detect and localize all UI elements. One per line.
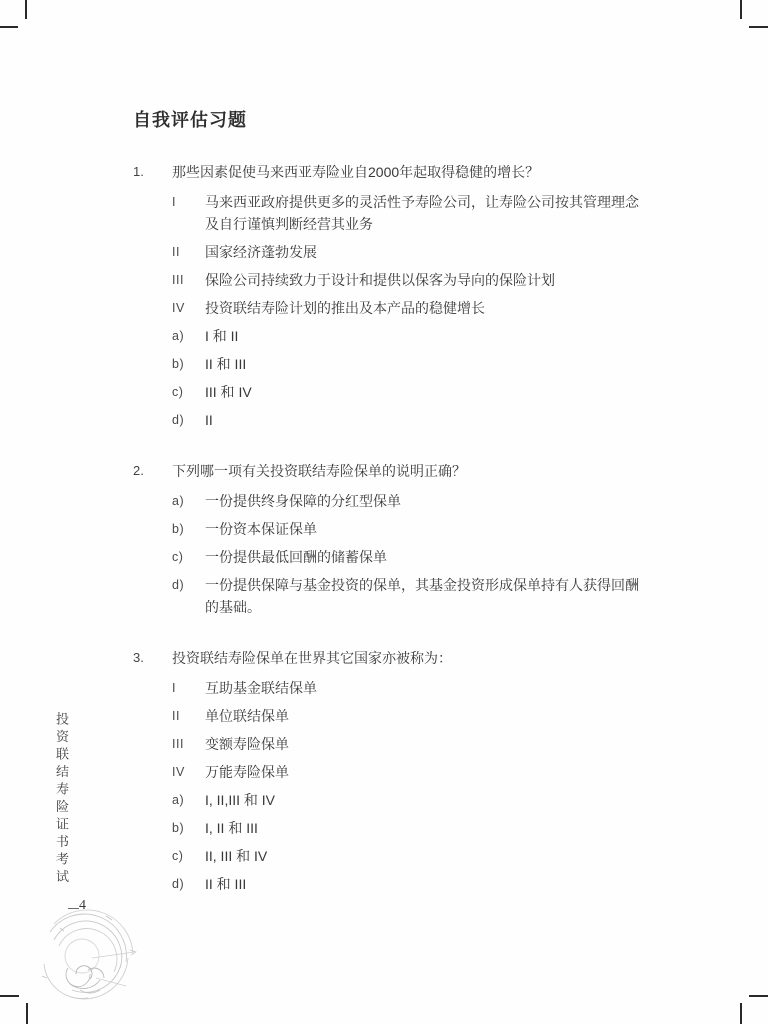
statement-text: 投资联结寿险计划的推出及本产品的稳健增长	[205, 297, 663, 319]
option-letter: b)	[172, 353, 205, 375]
crop-mark-bottom-right-icon	[740, 1003, 742, 1024]
option-row: a) I, II,III 和 IV	[172, 789, 663, 811]
option-text: 一份提供终身保障的分红型保单	[205, 490, 663, 512]
statement-row: I 互助基金联结保单	[172, 677, 663, 699]
statement-numeral: IV	[172, 297, 205, 319]
option-text: II 和 III	[205, 873, 663, 895]
question-number: 1.	[133, 161, 172, 183]
statement-text: 保险公司持续致力于设计和提供以保客为导向的保险计划	[205, 269, 663, 291]
statement-row: III 变额寿险保单	[172, 733, 663, 755]
option-text: I, II,III 和 IV	[205, 789, 663, 811]
option-text: 一份提供最低回酬的储蓄保单	[205, 546, 663, 568]
question-number: 2.	[133, 460, 172, 482]
question-number: 3.	[133, 647, 172, 669]
option-text: III 和 IV	[205, 381, 663, 403]
option-letter: d)	[172, 574, 205, 618]
statement-numeral: II	[172, 705, 205, 727]
question-1: 1. 那些因素促使马来西亚寿险业自2000年起取得稳健的增长？ I 马来西亚政府…	[133, 161, 663, 431]
option-letter: c)	[172, 845, 205, 867]
option-row: d) II 和 III	[172, 873, 663, 895]
option-text: II 和 III	[205, 353, 663, 375]
document-page: 自我评估习题 1. 那些因素促使马来西亚寿险业自2000年起取得稳健的增长？ I…	[0, 0, 768, 1024]
crop-mark-bottom-right-icon	[749, 995, 768, 997]
question-text: 那些因素促使马来西亚寿险业自2000年起取得稳健的增长？	[172, 161, 663, 183]
statement-numeral: I	[172, 677, 205, 699]
crop-mark-top-left-icon	[25, 0, 27, 19]
option-row: b) I, II 和 III	[172, 817, 663, 839]
question-text: 下列哪一项有关投资联结寿险保单的说明正确？	[172, 460, 663, 482]
option-text: II	[205, 409, 663, 431]
option-letter: a)	[172, 789, 205, 811]
option-row: c) 一份提供最低回酬的储蓄保单	[172, 546, 663, 568]
crop-mark-top-left-icon	[0, 26, 18, 28]
option-row: c) III 和 IV	[172, 381, 663, 403]
option-text: II, III 和 IV	[205, 845, 663, 867]
option-row: b) 一份资本保证保单	[172, 518, 663, 540]
statement-text: 单位联结保单	[205, 705, 663, 727]
spiral-watermark-graphic	[30, 898, 144, 1010]
statement-text: 万能寿险保单	[205, 761, 663, 783]
statement-text: 互助基金联结保单	[205, 677, 663, 699]
crop-mark-top-right-icon	[740, 0, 742, 19]
option-text: I, II 和 III	[205, 817, 663, 839]
crop-mark-top-right-icon	[749, 26, 768, 28]
option-row: c) II, III 和 IV	[172, 845, 663, 867]
statement-row: III 保险公司持续致力于设计和提供以保客为导向的保险计划	[172, 269, 663, 291]
option-letter: d)	[172, 409, 205, 431]
option-letter: c)	[172, 381, 205, 403]
statement-numeral: IV	[172, 761, 205, 783]
option-letter: a)	[172, 490, 205, 512]
option-letter: b)	[172, 817, 205, 839]
option-text: 一份提供保障与基金投资的保单，其基金投资形成保单持有人获得回酬的基础。	[205, 574, 647, 618]
option-letter: c)	[172, 546, 205, 568]
page-title: 自我评估习题	[133, 108, 663, 132]
option-letter: b)	[172, 518, 205, 540]
sidebar-vertical-book-title: 投资联结寿险证书考试	[52, 712, 71, 897]
question-text: 投资联结寿险保单在世界其它国家亦被称为：	[172, 647, 663, 669]
crop-mark-bottom-left-icon	[26, 1003, 28, 1024]
question-2: 2. 下列哪一项有关投资联结寿险保单的说明正确？ a) 一份提供终身保障的分红型…	[133, 460, 663, 618]
option-row: a) I 和 II	[172, 325, 663, 347]
option-text: I 和 II	[205, 325, 663, 347]
statement-row: IV 投资联结寿险计划的推出及本产品的稳健增长	[172, 297, 663, 319]
option-row: b) II 和 III	[172, 353, 663, 375]
statement-row: I 马来西亚政府提供更多的灵活性予寿险公司，让寿险公司按其管理理念及自行谨慎判断…	[172, 191, 663, 235]
option-letter: d)	[172, 873, 205, 895]
statement-row: II 单位联结保单	[172, 705, 663, 727]
statement-row: II 国家经济蓬勃发展	[172, 241, 663, 263]
crop-mark-bottom-left-icon	[0, 995, 19, 997]
statement-numeral: II	[172, 241, 205, 263]
statement-text: 国家经济蓬勃发展	[205, 241, 663, 263]
statement-text: 马来西亚政府提供更多的灵活性予寿险公司，让寿险公司按其管理理念及自行谨慎判断经营…	[205, 191, 647, 235]
statement-row: IV 万能寿险保单	[172, 761, 663, 783]
option-row: d) 一份提供保障与基金投资的保单，其基金投资形成保单持有人获得回酬的基础。	[172, 574, 663, 618]
statement-numeral: I	[172, 191, 205, 235]
option-letter: a)	[172, 325, 205, 347]
option-row: d) II	[172, 409, 663, 431]
statement-text: 变额寿险保单	[205, 733, 663, 755]
main-content: 自我评估习题 1. 那些因素促使马来西亚寿险业自2000年起取得稳健的增长？ I…	[133, 108, 663, 895]
statement-numeral: III	[172, 733, 205, 755]
option-text: 一份资本保证保单	[205, 518, 663, 540]
option-row: a) 一份提供终身保障的分红型保单	[172, 490, 663, 512]
question-3: 3. 投资联结寿险保单在世界其它国家亦被称为： I 互助基金联结保单 II 单位…	[133, 647, 663, 895]
statement-numeral: III	[172, 269, 205, 291]
